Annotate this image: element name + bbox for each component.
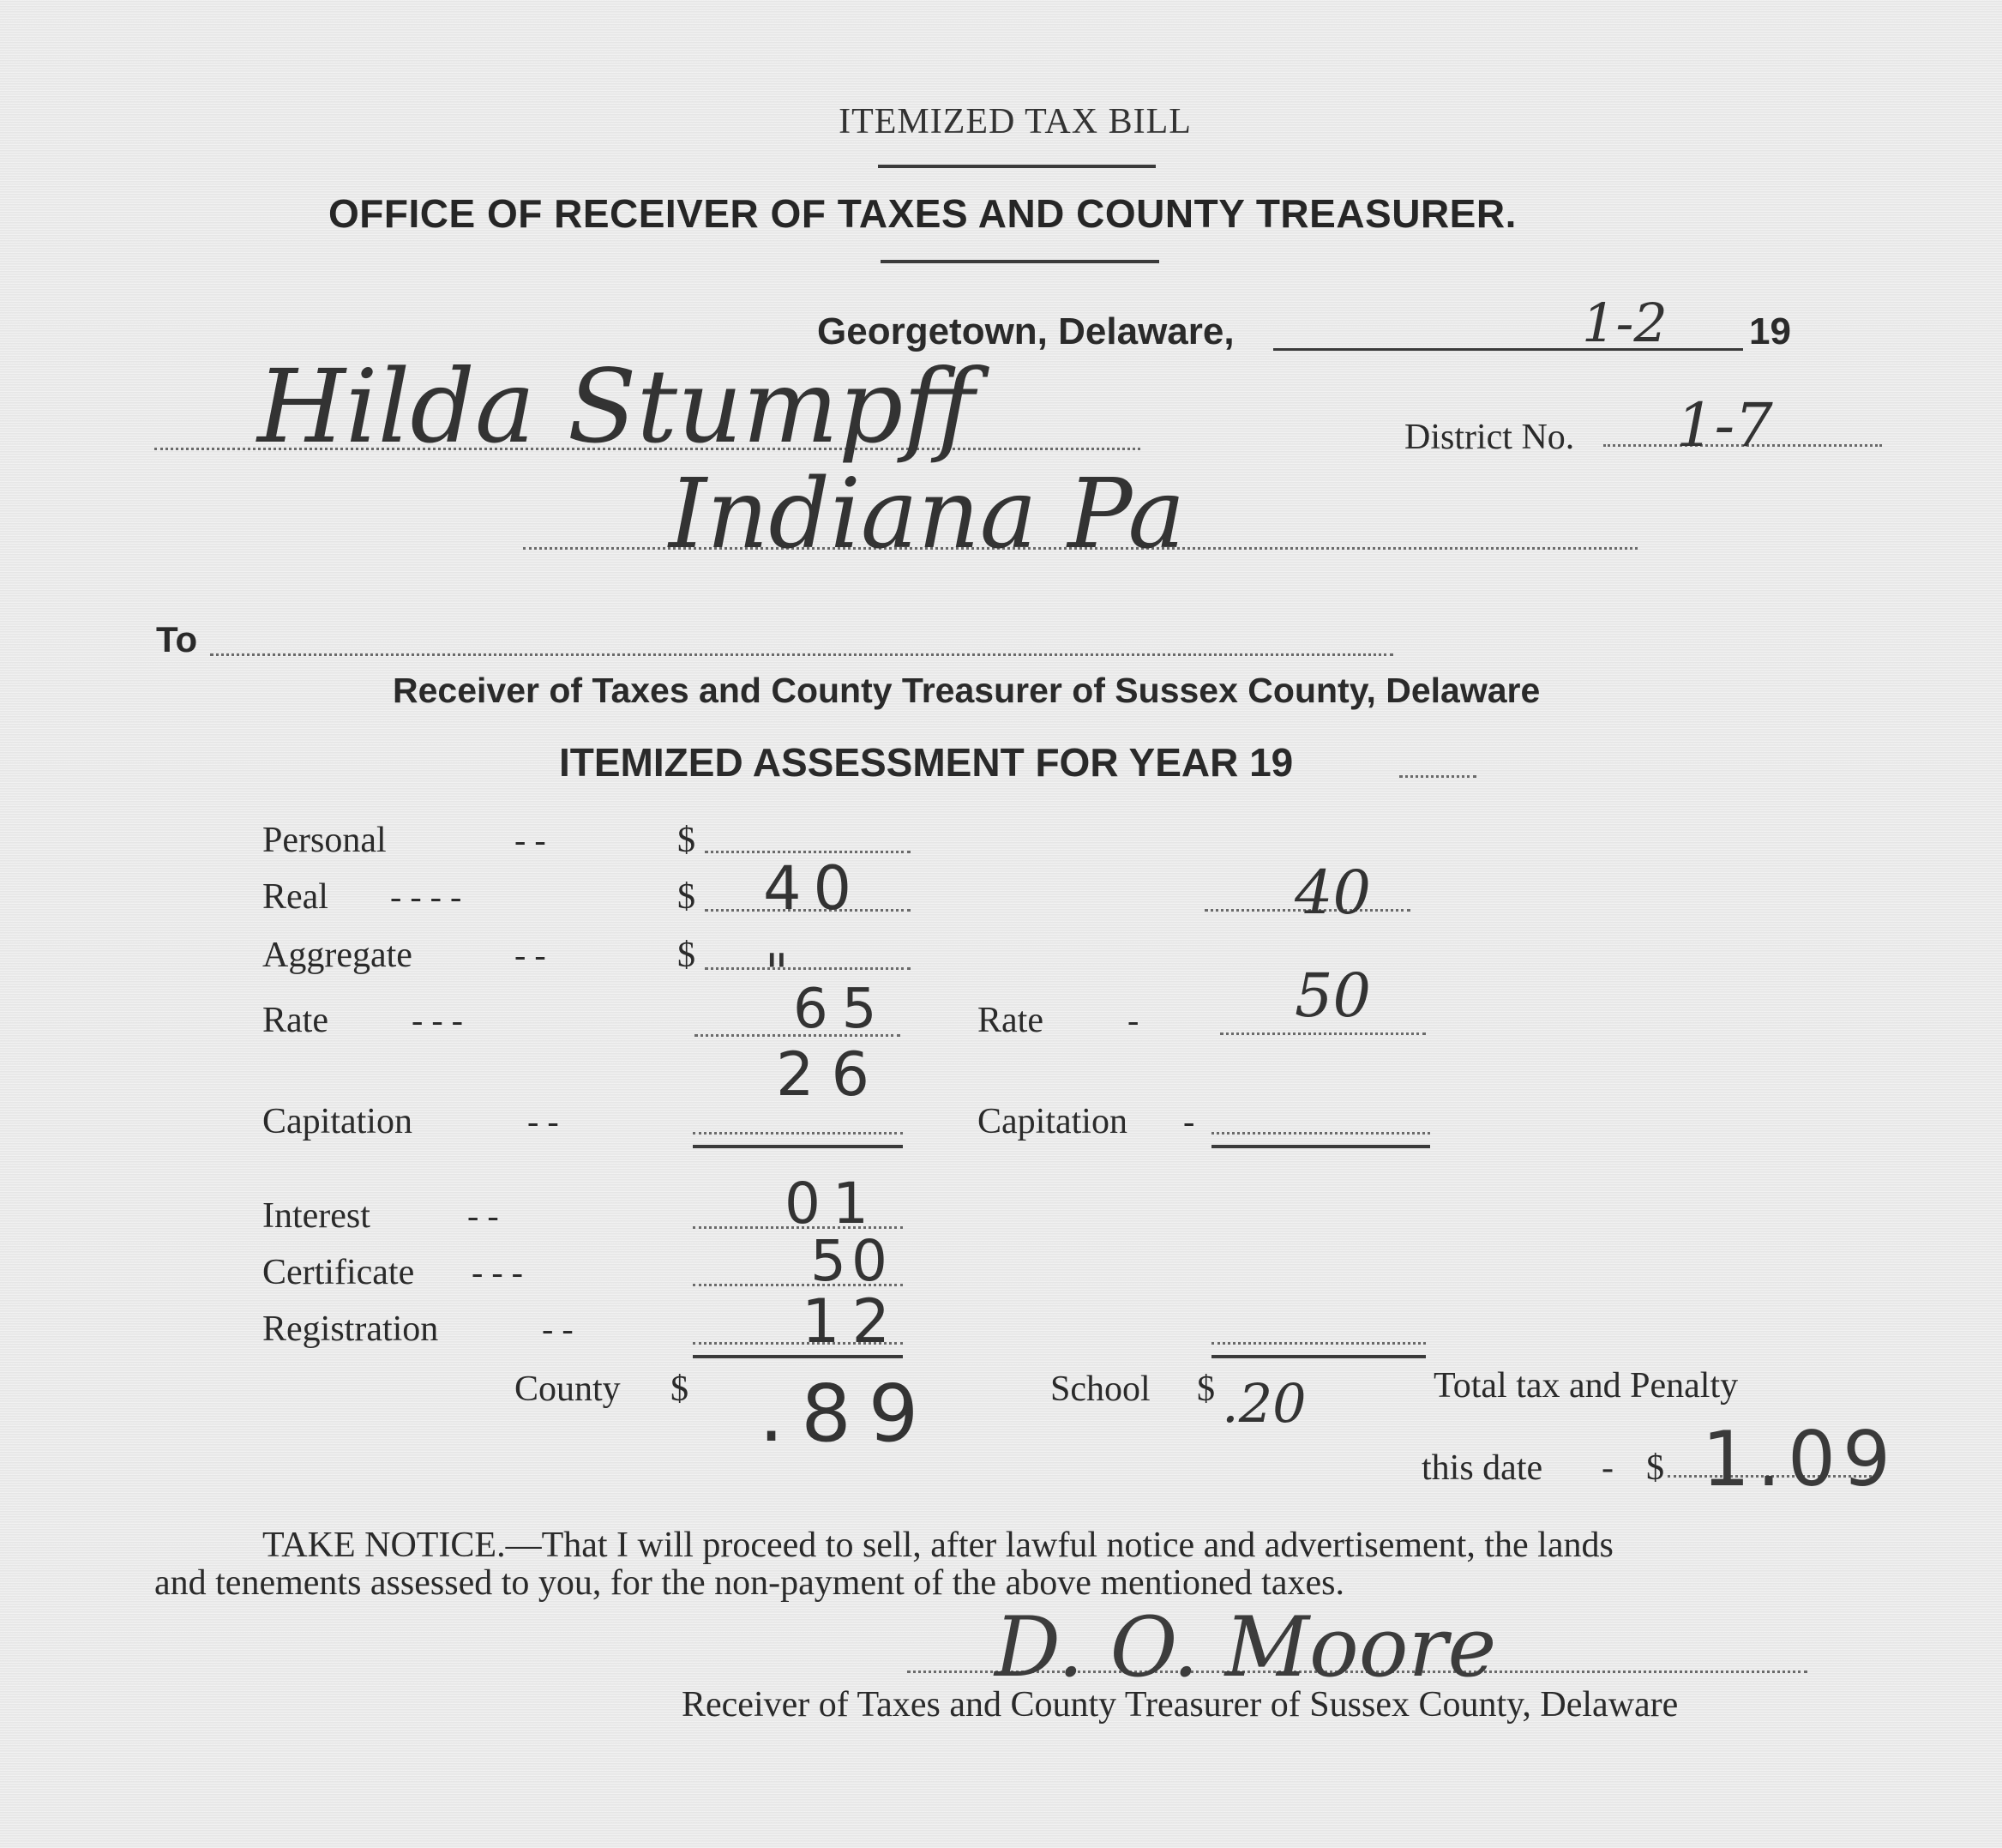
grand-total-dash: - — [1602, 1448, 1614, 1489]
office-rule — [881, 260, 1159, 263]
document-title: ITEMIZED TAX BILL — [0, 101, 2002, 142]
rate-result: 26 — [776, 1039, 887, 1110]
notice-line-1: TAKE NOTICE.—That I will proceed to sell… — [262, 1525, 1614, 1566]
school-rate-field[interactable] — [1220, 1032, 1426, 1035]
interest-dashes: - - — [467, 1195, 499, 1236]
school-capitation-rule — [1211, 1145, 1430, 1148]
real-value: 40 — [763, 853, 863, 924]
school-capitation-field[interactable] — [1211, 1132, 1430, 1135]
school-registration-rule — [1211, 1355, 1426, 1358]
receiver-heading: Receiver of Taxes and County Treasurer o… — [393, 671, 1540, 711]
aggregate-field[interactable] — [705, 967, 911, 970]
signature-title: Receiver of Taxes and County Treasurer o… — [682, 1684, 1678, 1725]
rate-dashes: - - - — [412, 1000, 463, 1040]
title-rule — [878, 165, 1156, 168]
school-total-value: .20 — [1222, 1372, 1307, 1435]
school-capitation-label: Capitation — [977, 1101, 1127, 1142]
aggregate-currency: $ — [677, 935, 695, 976]
rate-value: 65 — [793, 978, 890, 1041]
school-rate-label: Rate — [977, 1000, 1043, 1041]
county-total-currency: $ — [670, 1369, 688, 1410]
personal-label: Personal — [262, 820, 387, 861]
rate-label: Rate — [262, 1000, 328, 1041]
capitation-rule — [693, 1145, 903, 1148]
payer-name[interactable]: Hilda Stumpff — [257, 347, 975, 466]
school-total-label: School — [1050, 1369, 1151, 1410]
registration-dashes: - - — [542, 1309, 574, 1349]
real-dashes: - - - - — [390, 876, 461, 917]
signature: D. O. Moore — [995, 1599, 1496, 1695]
county-total-value: .89 — [759, 1368, 935, 1460]
assessment-year-line — [1399, 775, 1476, 778]
school-real-value: 40 — [1295, 858, 1371, 928]
date-value[interactable]: 1-2 — [1582, 292, 1668, 354]
district-value[interactable]: 1-7 — [1676, 390, 1773, 460]
real-currency: $ — [677, 876, 695, 918]
school-total-currency: $ — [1197, 1369, 1215, 1410]
real-label: Real — [262, 876, 328, 918]
to-line — [210, 653, 1393, 656]
capitation-field[interactable] — [693, 1132, 903, 1135]
grand-total-label-2: this date — [1422, 1448, 1542, 1489]
registration-value: 12 — [802, 1286, 902, 1357]
assessment-heading: ITEMIZED ASSESSMENT FOR YEAR 19 — [559, 739, 1293, 786]
personal-dashes: - - — [514, 820, 546, 860]
notice-line-2: and tenements assessed to you, for the n… — [154, 1562, 1344, 1604]
registration-label: Registration — [262, 1309, 438, 1350]
school-capitation-dashes: - — [1183, 1101, 1194, 1141]
aggregate-label: Aggregate — [262, 935, 412, 976]
to-label: To — [156, 619, 197, 660]
certificate-dashes: - - - — [472, 1252, 523, 1292]
district-label: District No. — [1404, 417, 1574, 458]
school-rate-dashes: - — [1127, 1000, 1139, 1040]
capitation-label: Capitation — [262, 1101, 412, 1142]
school-rate-value: 50 — [1295, 960, 1371, 1031]
payer-address[interactable]: Indiana Pa — [669, 459, 1185, 570]
grand-total-currency: $ — [1646, 1448, 1664, 1489]
year-prefix: 19 — [1749, 310, 1791, 353]
grand-total-value: 1.09 — [1702, 1415, 1897, 1503]
aggregate-dashes: - - — [514, 935, 546, 975]
date-line — [1273, 348, 1743, 351]
capitation-dashes: - - — [527, 1101, 559, 1141]
county-total-label: County — [514, 1369, 621, 1410]
interest-value: 01 — [785, 1171, 881, 1237]
interest-label: Interest — [262, 1195, 370, 1237]
certificate-value: 50 — [810, 1228, 893, 1294]
office-heading: OFFICE OF RECEIVER OF TAXES AND COUNTY T… — [328, 190, 1517, 237]
school-registration-field[interactable] — [1211, 1342, 1426, 1345]
personal-currency: $ — [677, 820, 695, 861]
certificate-label: Certificate — [262, 1252, 414, 1293]
aggregate-value: " — [765, 943, 789, 1003]
grand-total-label-1: Total tax and Penalty — [1434, 1365, 1738, 1406]
